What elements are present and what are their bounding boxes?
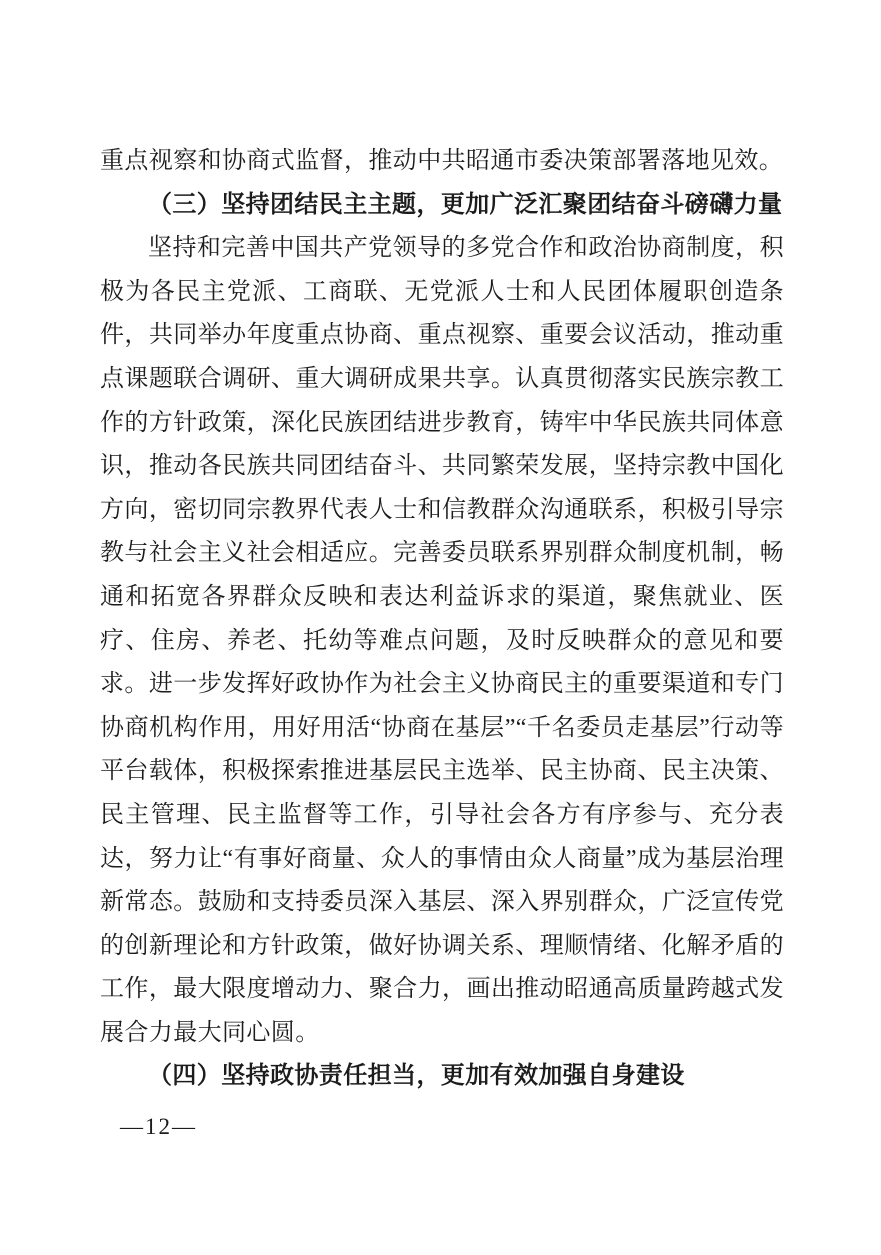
document-page: 重点视察和协商式监督，推动中共昭通市委决策部署落地见效。 （三）坚持团结民主主题… bbox=[0, 0, 881, 1255]
paragraph-continuation: 重点视察和协商式监督，推动中共昭通市委决策部署落地见效。 bbox=[100, 140, 784, 184]
page-number: —12— bbox=[120, 1114, 197, 1140]
page-body: 重点视察和协商式监督，推动中共昭通市委决策部署落地见效。 （三）坚持团结民主主题… bbox=[100, 140, 784, 1099]
section-heading-three: （三）坚持团结民主主题，更加广泛汇聚团结奋斗磅礴力量 bbox=[100, 184, 784, 228]
body-paragraph: 坚持和完善中国共产党领导的多党合作和政治协商制度，积极为各民主党派、工商联、无党… bbox=[100, 227, 784, 1055]
section-heading-four: （四）坚持政协责任担当，更加有效加强自身建设 bbox=[100, 1055, 784, 1099]
